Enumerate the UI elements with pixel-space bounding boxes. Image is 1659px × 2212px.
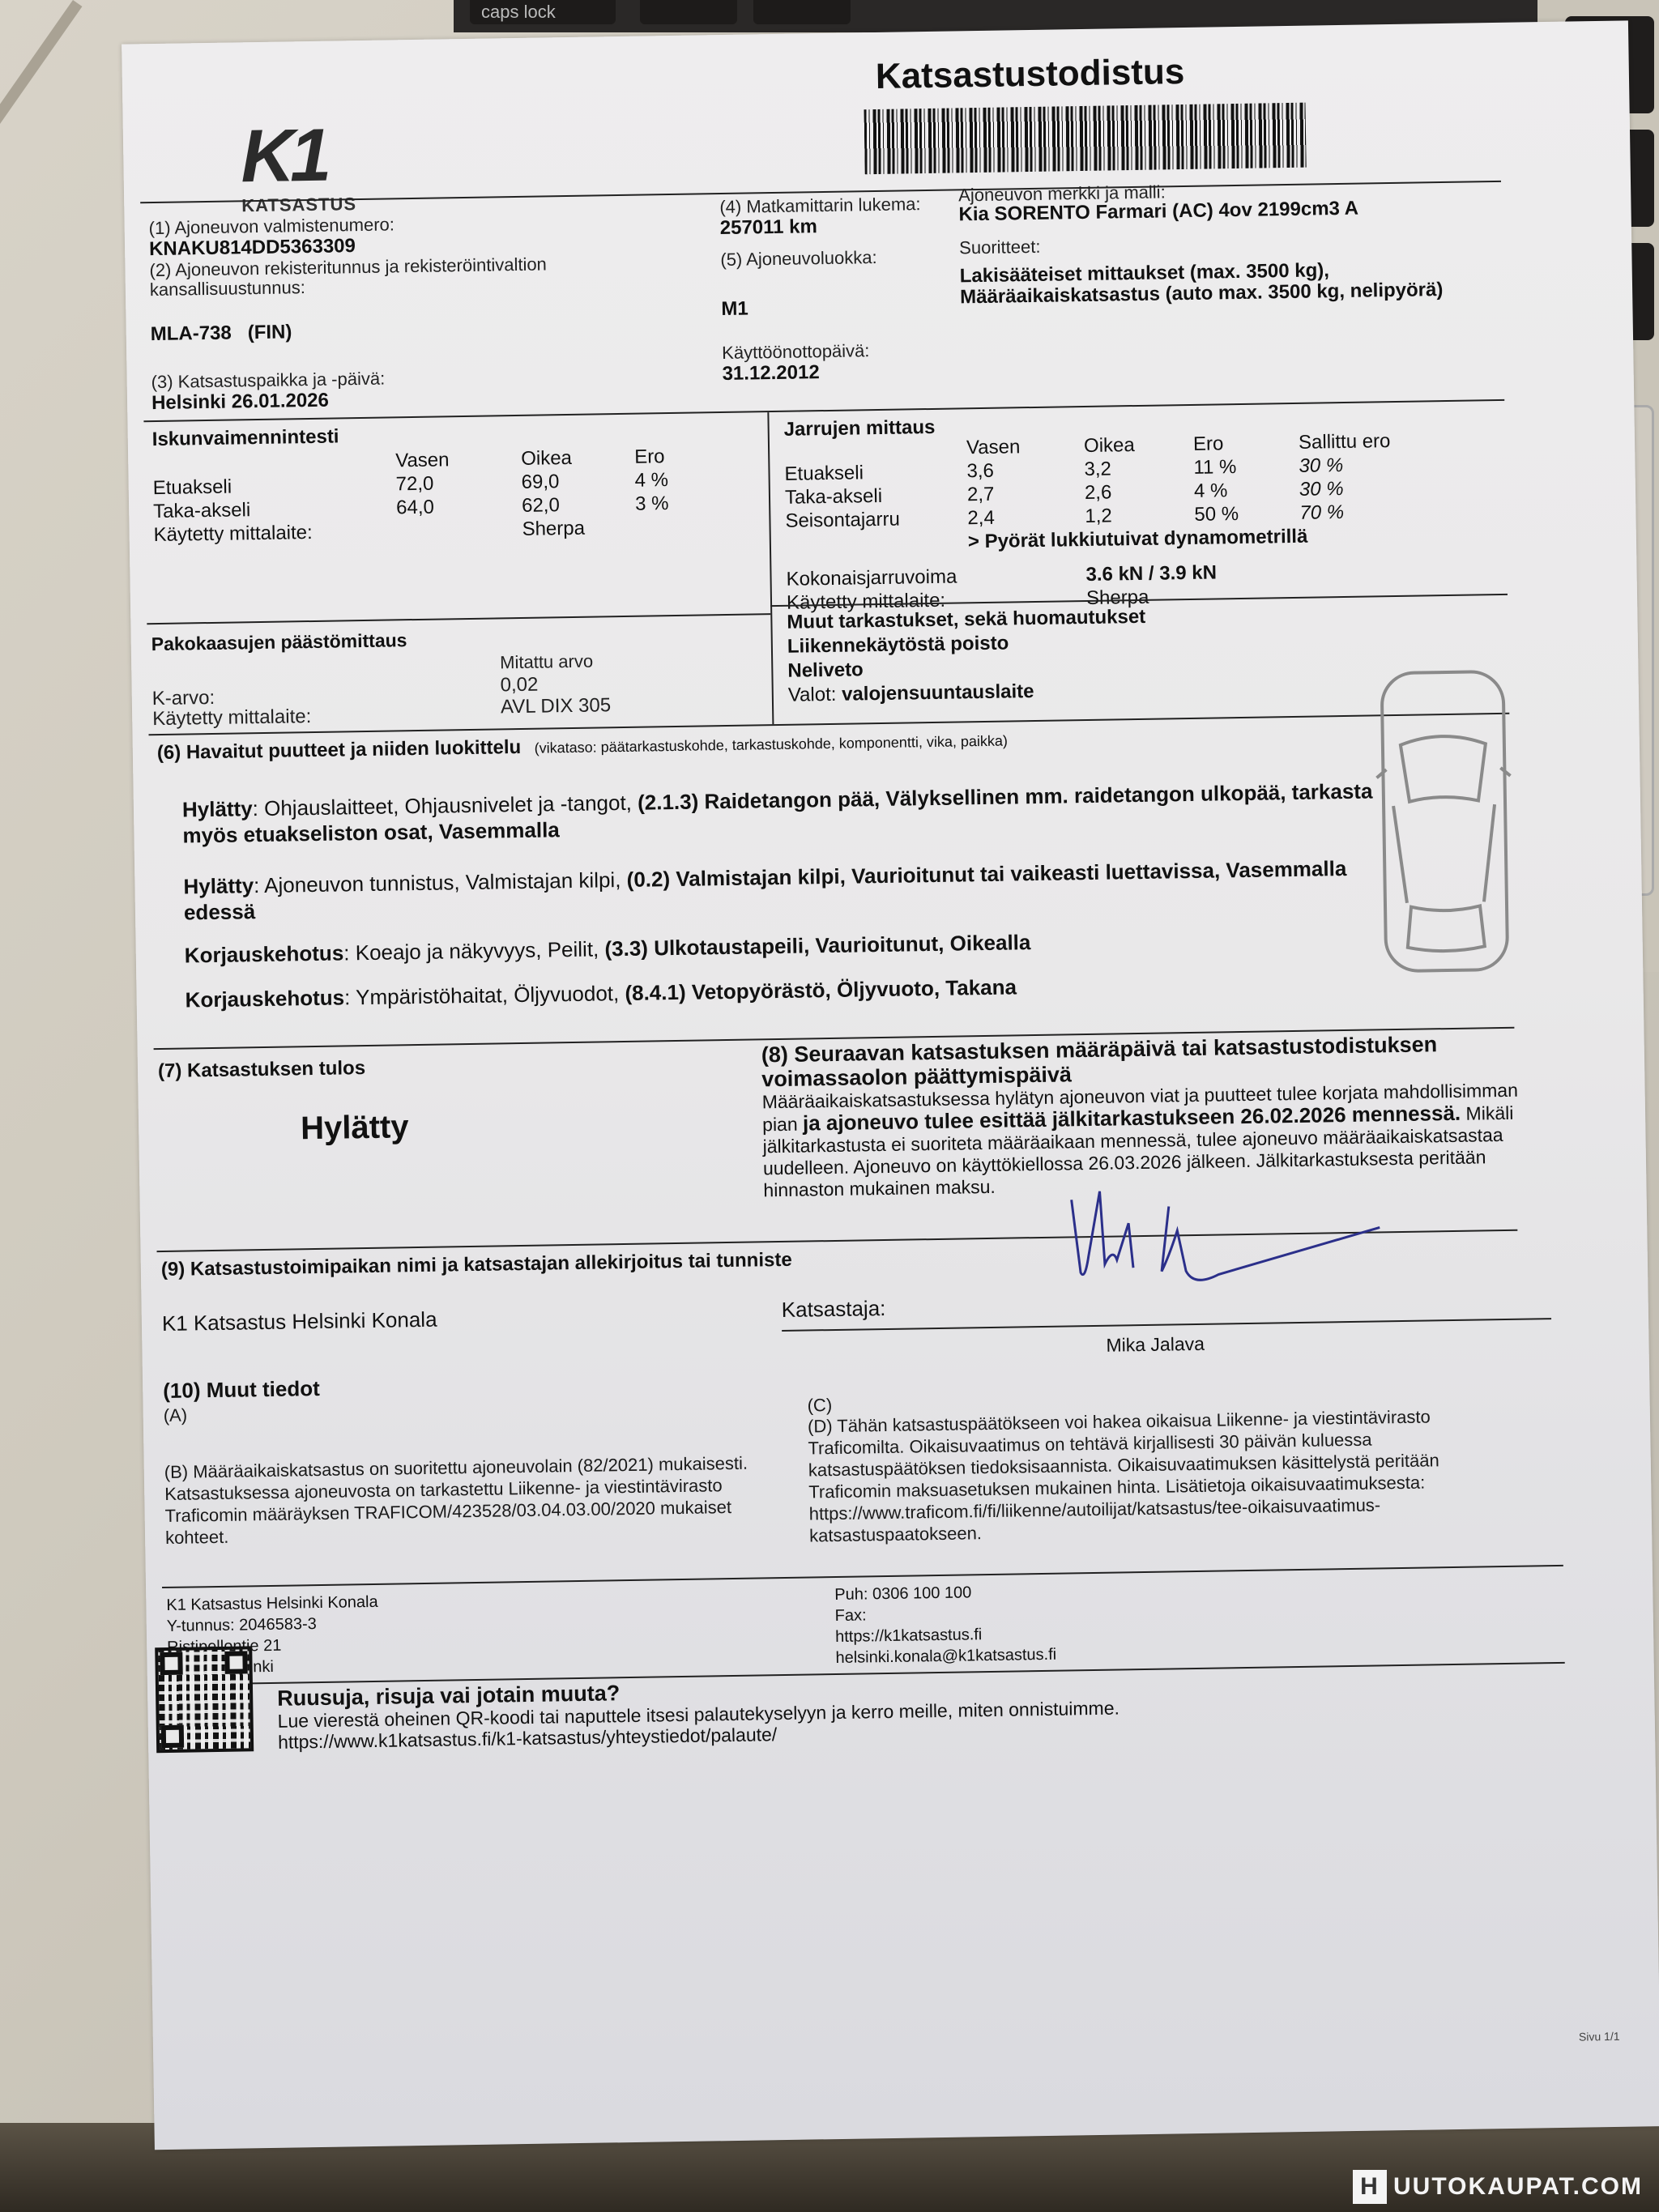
column-divider [767, 412, 774, 724]
other-info-title: (10) Muut tiedot [163, 1376, 320, 1404]
watermark-text: UUTOKAUPAT.COM [1393, 2173, 1643, 2201]
signature-line [782, 1318, 1551, 1332]
emissions-device-value: AVL DIX 305 [501, 694, 612, 718]
defect-item: Hylätty: Ajoneuvon tunnistus, Valmistaja… [183, 855, 1399, 926]
divider [147, 613, 770, 624]
caps-lock-key: caps lock [470, 0, 616, 24]
defect-level: Hylätty [183, 873, 254, 898]
allowed-value: 30 % [1299, 452, 1420, 477]
signature-title: (9) Katsastustoimipaikan nimi ja katsast… [161, 1249, 792, 1281]
defect-detail: (8.4.1) Vetopyörästö, Öljyvuoto, Takana [625, 974, 1017, 1005]
lights-label: Valot: [788, 684, 837, 706]
right-value: 3,2 [1084, 456, 1193, 481]
feedback-qr-code [155, 1646, 254, 1753]
defects-title: (6) Havaitut puutteet ja niiden luokitte… [157, 736, 522, 764]
row-label: Etuakseli [152, 472, 395, 500]
shock-header-diff: Ero [634, 444, 715, 469]
inspector-name: Mika Jalava [1106, 1333, 1205, 1357]
logo-subtitle: KATSASTUS [241, 194, 356, 216]
odometer-value: 257011 km [720, 215, 818, 240]
left-value: 3,6 [966, 458, 1084, 483]
inspection-place-label: (3) Katsastuspaikka ja -päivä: [151, 369, 385, 394]
shock-header-right: Oikea [521, 445, 634, 471]
footer-business-id: Y-tunnus: 2046583-3 [167, 1613, 379, 1637]
other-info-c: (C) [807, 1394, 832, 1416]
shock-header-left: Vasen [395, 447, 521, 472]
vin-label: (1) Ajoneuvon valmistenumero: [148, 214, 394, 239]
performed-label: Suoritteet: [959, 237, 1041, 259]
right-value: 62,0 [522, 492, 635, 518]
allowed-value: 30 % [1299, 475, 1421, 501]
right-value: 69,0 [521, 469, 634, 494]
emissions-col-header: Mitattu arvo [500, 651, 593, 674]
defect-level: Korjauskehotus [185, 940, 344, 967]
page-number: Sivu 1/1 [1579, 2030, 1620, 2044]
emissions-device-label: Käytetty mittalaite: [152, 705, 311, 731]
footer-company: K1 Katsastus Helsinki Konala [166, 1592, 378, 1616]
allowed-value: 70 % [1299, 499, 1421, 524]
qr-finder [161, 1725, 184, 1748]
diff-value: 50 % [1194, 501, 1299, 526]
defect-category: : Koeajo ja näkyvyys, Peilit, [343, 936, 605, 965]
shock-test-table: Vasen Oikea Ero Etuakseli 72,0 69,0 4 % … [152, 444, 717, 547]
keyboard-key [640, 0, 737, 24]
diff-value: 11 % [1193, 454, 1299, 479]
odometer-label: (4) Matkamittarin lukema: [719, 194, 921, 218]
defect-category: : Ohjauslaitteet, Ohjausnivelet ja -tang… [252, 791, 638, 820]
defect-detail: (3.3) Ulkotaustapeili, Vaurioitunut, Oik… [604, 930, 1030, 961]
row-label: Taka-akseli [153, 496, 396, 523]
row-label: Taka-akseli [785, 483, 967, 509]
left-value: 64,0 [396, 494, 522, 519]
footer-email: helsinki.konala@k1katsastus.fi [835, 1644, 1056, 1669]
huutokaupat-watermark: H UUTOKAUPAT.COM [1353, 2170, 1643, 2204]
defect-category: : Ajoneuvon tunnistus, Valmistajan kilpi… [254, 867, 627, 897]
inspector-signature [1055, 1178, 1397, 1298]
keyboard-key [753, 0, 851, 24]
other-info-d: (D) Tähän katsastuspäätökseen voi hakea … [808, 1404, 1522, 1547]
row-label: Etuakseli [784, 459, 966, 486]
registration-value: MLA-738 (FIN) [151, 321, 292, 346]
defects-subtitle: (vikataso: päätarkastuskohde, tarkastusk… [534, 733, 1008, 757]
left-value: 2,7 [967, 481, 1085, 506]
qr-finder [224, 1651, 247, 1673]
defect-level: Hylätty [182, 796, 253, 821]
first-use-value: 31.12.2012 [722, 361, 820, 386]
vehicle-class-value: M1 [721, 297, 748, 321]
feedback-block: Ruusuja, risuja vai jotain muuta? Lue vi… [277, 1673, 1120, 1753]
lights-row: Valot: valojensuuntauslaite [788, 678, 1147, 708]
diff-value: 3 % [635, 491, 716, 516]
right-value: 2,6 [1085, 479, 1194, 505]
result-title: (7) Katsastuksen tulos [158, 1057, 365, 1083]
left-value: 72,0 [395, 471, 521, 496]
k-value: 0,02 [500, 674, 538, 697]
station-name: K1 Katsastus Helsinki Konala [162, 1307, 437, 1336]
defect-item: Korjauskehotus: Koeajo ja näkyvyys, Peil… [185, 923, 1400, 969]
footer-contact: Puh: 0306 100 100 Fax: https://k1katsast… [834, 1581, 1056, 1669]
defect-item: Hylätty: Ohjauslaitteet, Ohjausnivelet j… [182, 778, 1398, 849]
vehicle-class-label: (5) Ajoneuvoluokka: [720, 247, 877, 271]
brake-test-table: Vasen Oikea Ero Sallittu ero Etuakseli 3… [784, 428, 1422, 614]
result-value: Hylätty [301, 1109, 409, 1147]
right-value: 1,2 [1085, 503, 1194, 528]
huutokaupat-logo-icon: H [1353, 2170, 1387, 2204]
shock-test-title: Iskunvaimennintesti [152, 425, 339, 451]
performed-value: Lakisääteiset mittaukset (max. 3500 kg),… [960, 258, 1447, 308]
defect-level: Korjauskehotus [185, 985, 344, 1012]
logo-mark: K1 [241, 117, 356, 194]
defect-item: Korjauskehotus: Ympäristöhaitat, Öljyvuo… [185, 968, 1400, 1013]
brake-header-diff: Ero [1193, 431, 1299, 456]
inspection-certificate: K1 KATSASTUS Katsastustodistus (1) Ajone… [122, 20, 1659, 2150]
barcode [864, 103, 1306, 175]
inspection-place-value: Helsinki 26.01.2026 [151, 390, 329, 415]
first-use-label: Käyttöönottopäivä: [722, 340, 870, 364]
next-inspection: (8) Seuraavan katsastuksen määräpäivä ta… [761, 1030, 1542, 1201]
emissions-title: Pakokaasujen päästömittaus [151, 629, 407, 655]
car-top-view-diagram [1367, 667, 1521, 977]
diff-value: 4 % [1194, 478, 1299, 503]
qr-finder [160, 1652, 182, 1675]
left-value: 2,4 [967, 505, 1085, 530]
defects-header: (6) Havaitut puutteet ja niiden luokitte… [157, 729, 1008, 765]
other-checks: Muut tarkastukset, sekä huomautukset Lii… [787, 605, 1147, 708]
brake-header-left: Vasen [966, 434, 1084, 459]
diff-value: 4 % [634, 467, 715, 492]
other-info-b: (B) Määräaikaiskatsastus on suoritettu a… [164, 1451, 782, 1549]
brake-header-allowed: Sallittu ero [1299, 428, 1420, 454]
cable [0, 0, 82, 166]
shock-device-value: Sherpa [522, 514, 716, 541]
registration-label: (2) Ajoneuvon rekisteritunnus ja rekiste… [149, 254, 603, 300]
lights-value: valojensuuntauslaite [842, 680, 1034, 705]
document-title: Katsastustodistus [875, 52, 1184, 97]
brake-header-right: Oikea [1084, 433, 1193, 458]
defect-category: : Ympäristöhaitat, Öljyvuodot, [344, 981, 625, 1009]
inspector-label: Katsastaja: [782, 1296, 886, 1323]
row-label: Seisontajarru [785, 506, 967, 533]
other-info-a: (A) [163, 1404, 187, 1426]
